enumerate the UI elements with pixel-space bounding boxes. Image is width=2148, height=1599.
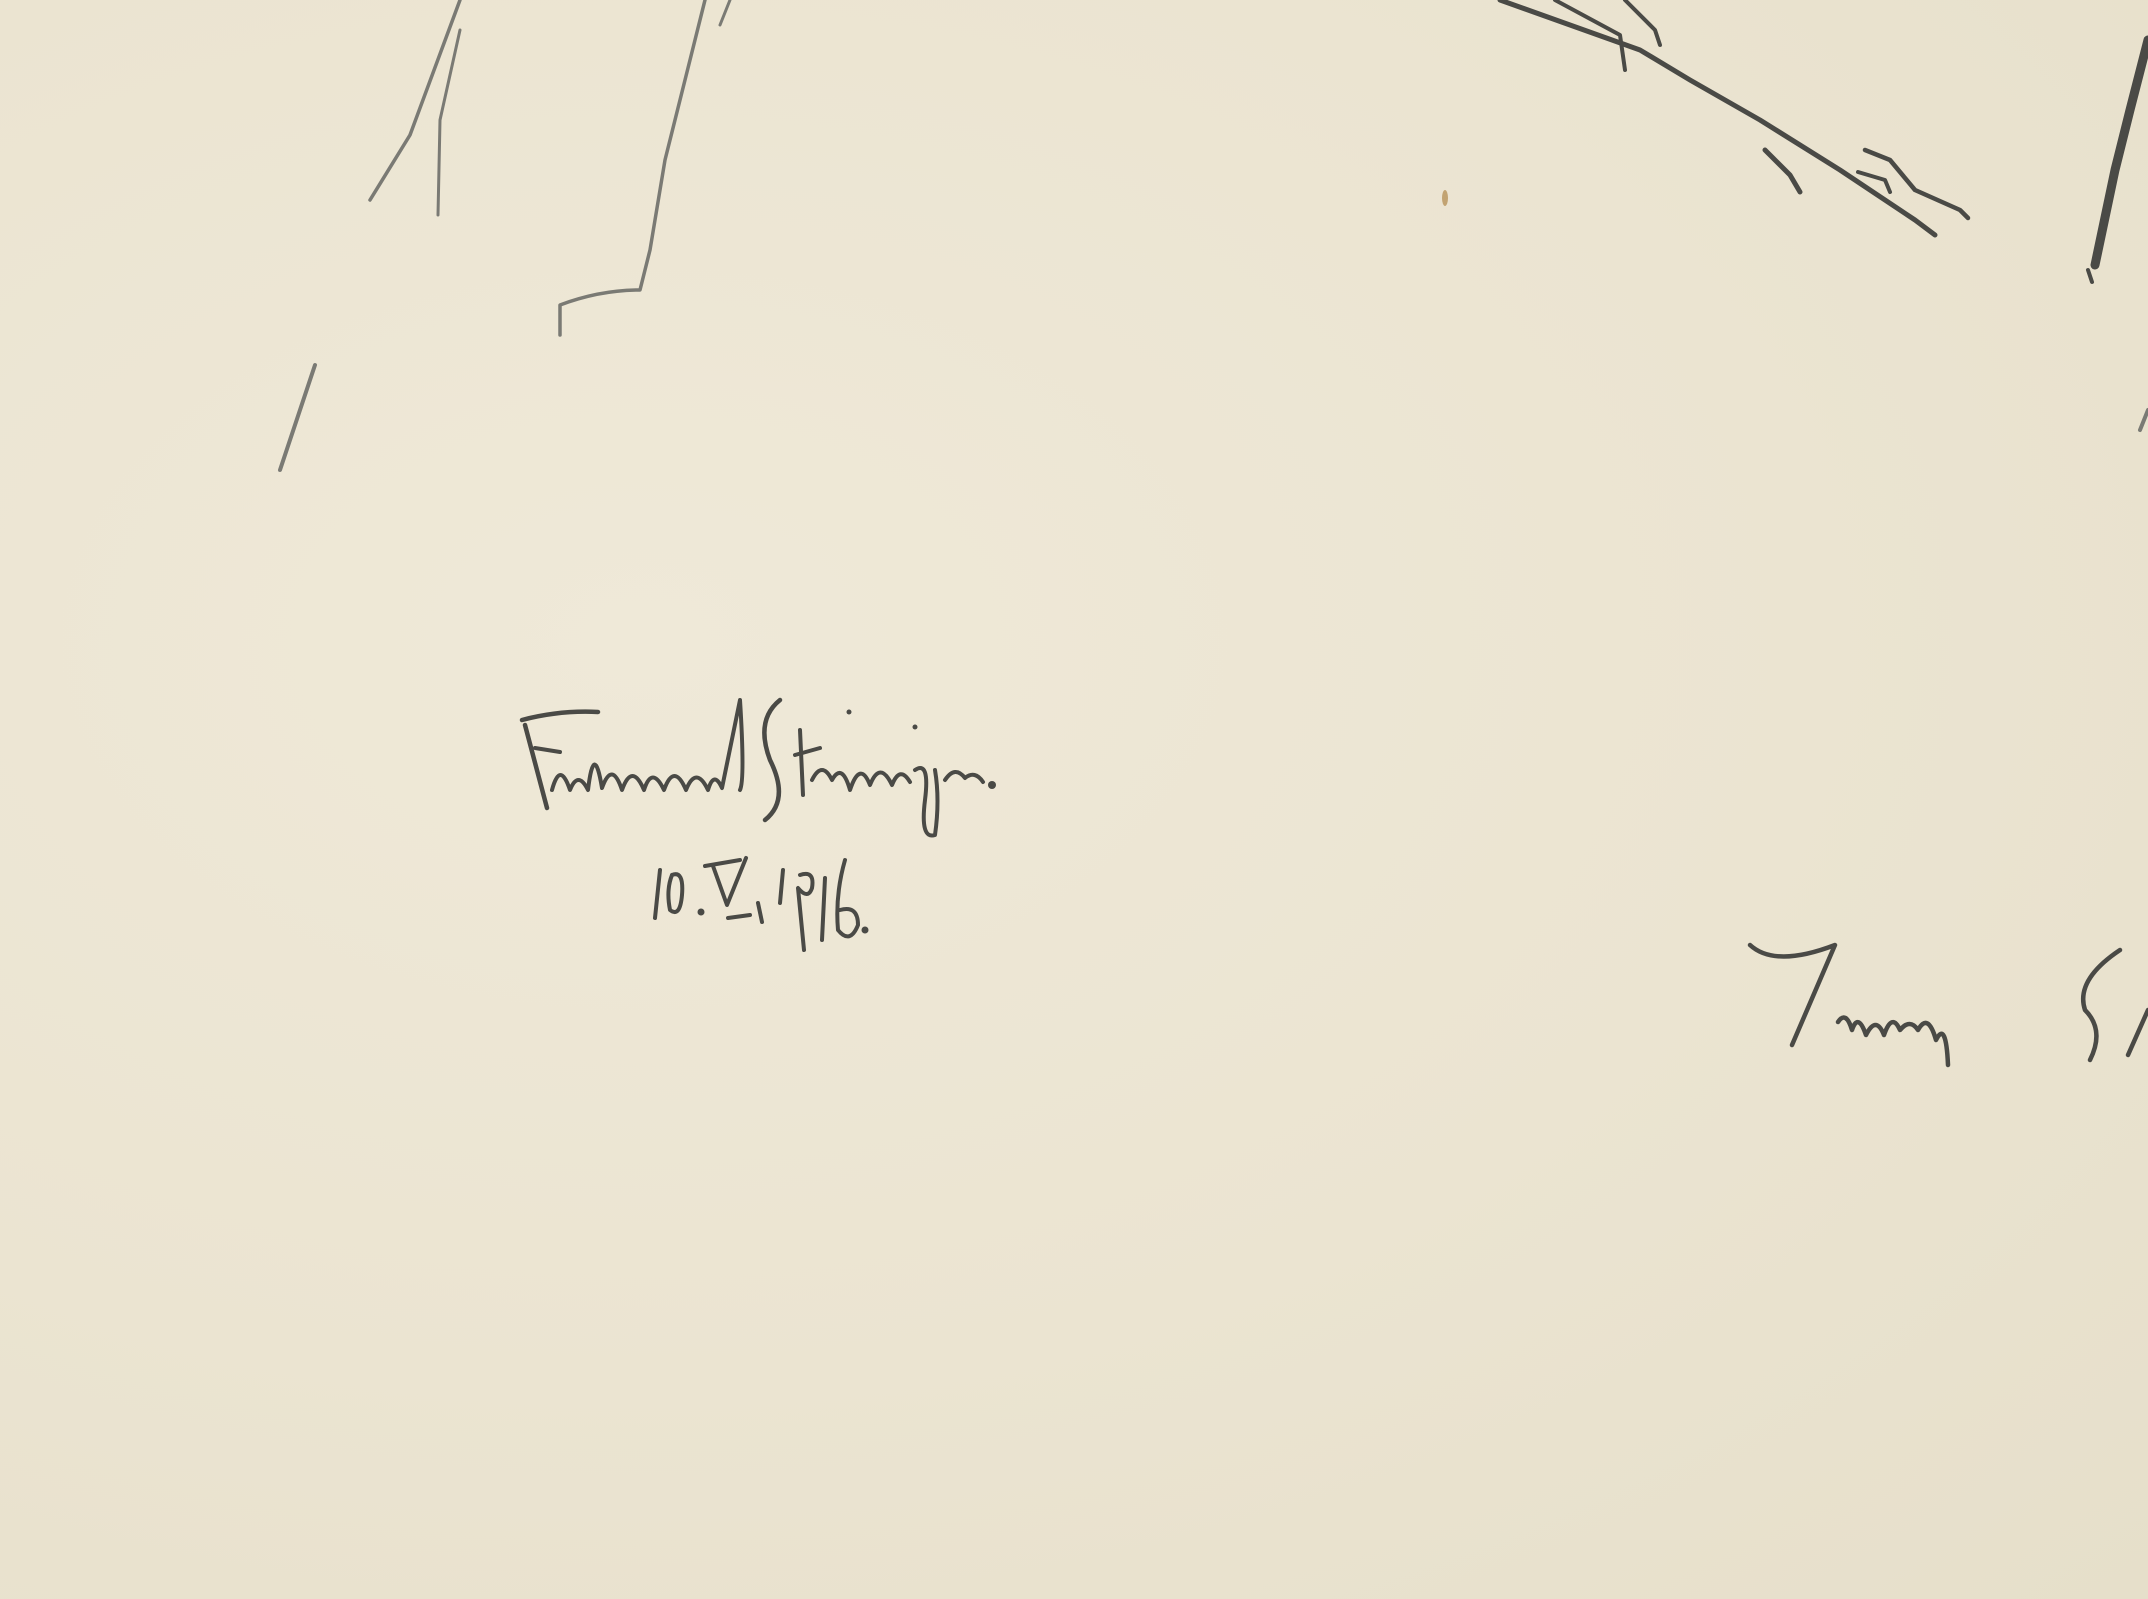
partial-inscription-handwriting [1750, 945, 2148, 1065]
sketch-stroke [1765, 150, 1800, 192]
sketch-stroke [2088, 270, 2092, 282]
sketch-stroke [560, 0, 705, 335]
pencil-sketch-strokes [0, 0, 2148, 1599]
sketch-stroke [1865, 150, 1968, 218]
sketch-stroke [280, 365, 315, 470]
paper-sheet: Ferdinand Steiniger. 10.V.1916. Immer St [0, 0, 2148, 1599]
sketch-stroke [2140, 410, 2148, 430]
sketch-stroke [2095, 40, 2148, 265]
sketch-stroke [1858, 172, 1890, 192]
sketch-stroke [720, 0, 730, 25]
signature-handwriting [522, 700, 996, 836]
date-handwriting [655, 858, 869, 950]
sketch-stroke [438, 30, 460, 215]
paper-stain [1442, 190, 1448, 206]
sketch-stroke [1555, 0, 1625, 70]
sketch-stroke [1500, 0, 1935, 235]
sketch-stroke [1625, 0, 1660, 45]
sketch-stroke [370, 0, 460, 200]
